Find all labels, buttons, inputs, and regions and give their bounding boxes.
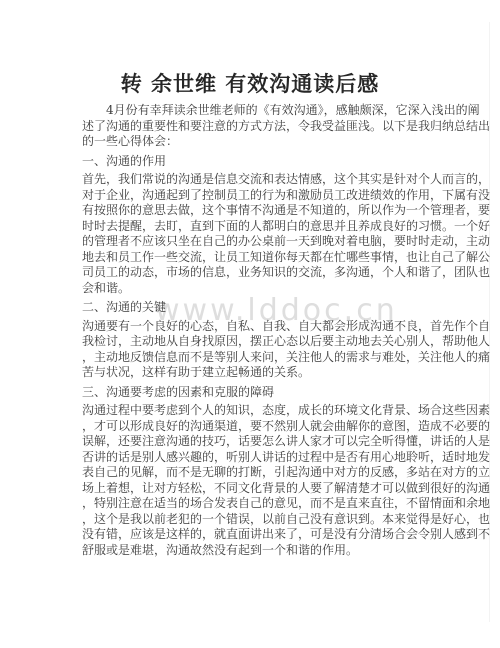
text-line: 误解，还要注意沟通的技巧，话要怎么讲人家才可以完全听得懂，讲话的人是 xyxy=(82,434,420,450)
text-line: 苦与状况，这样有助于建立起畅通的关系。 xyxy=(82,365,420,381)
section-heading: 一、沟通的作用 xyxy=(82,154,420,170)
text-line: ，才可以形成良好的沟通渠道，要不然别人就会曲解你的意图，造成不必要的 xyxy=(82,419,420,435)
text-line: 否讲的话是别人感兴趣的，听别人讲话的过程中是否有用心地聆听，适时地发 xyxy=(82,450,420,466)
page-title: 转 余世维 有效沟通读后感 xyxy=(0,68,500,98)
body-text: 4月份有幸拜读余世维老师的《有效沟通》，感触颇深，它深入浅出的阐述了沟通的重要性… xyxy=(82,103,420,558)
text-line: 的一些心得体会： xyxy=(82,134,420,150)
paragraph: 首先，我们常说的沟通是信息交流和表达情感，这个其实是针对个人而言的，对于企业，沟… xyxy=(82,172,420,296)
text-line: 二、沟通的关键 xyxy=(82,300,420,316)
text-line: 的管理者不应该只坐在自己的办公桌前一天到晚对着电脑，要时时走动，主动 xyxy=(82,234,420,250)
text-line: 一、沟通的作用 xyxy=(82,154,420,170)
paragraph: 沟通过程中要考虑到个人的知识，态度，成长的环境文化背景、场合这些因素，才可以形成… xyxy=(82,403,420,558)
text-line: 我检讨，主动地从自身找原因，摆正心态以后要主动地去关心别人，帮助他人 xyxy=(82,334,420,350)
text-line: 司员工的动态，市场的信息，业务知识的交流，多沟通，个人和谐了，团队也 xyxy=(82,265,420,281)
paragraph: 4月份有幸拜读余世维老师的《有效沟通》，感触颇深，它深入浅出的阐述了沟通的重要性… xyxy=(82,103,420,150)
text-line: 述了沟通的重要性和要注意的方式方法，令我受益匪浅。以下是我归纳总结出 xyxy=(82,119,420,135)
text-line: 有按照你的意思去做，这个事情不沟通是不知道的，所以作为一个管理者，要 xyxy=(82,203,420,219)
text-line: 表自己的见解，而不是无聊的打断，引起沟通中对方的反感，多站在对方的立 xyxy=(82,465,420,481)
text-line: 没有错，应该是这样的，就直面讲出来了，可是没有分清场合会令别人感到不 xyxy=(82,527,420,543)
text-line: 场上着想，让对方轻松，不同文化背景的人要了解清楚才可以做到很好的沟通 xyxy=(82,481,420,497)
text-line: 三、沟通要考虑的因素和克服的障碍 xyxy=(82,385,420,401)
text-line: 沟通要有一个良好的心态，自私、自我、自大都会形成沟通不良，首先作个自 xyxy=(82,319,420,335)
text-line: 沟通过程中要考虑到个人的知识，态度，成长的环境文化背景、场合这些因素 xyxy=(82,403,420,419)
paragraph: 沟通要有一个良好的心态，自私、自我、自大都会形成沟通不良，首先作个自我检讨，主动… xyxy=(82,319,420,381)
text-line: ，这个是我以前老犯的一个错误，以前自己没有意识到。本来觉得是好心，也 xyxy=(82,512,420,528)
document-page: www.lddoc.cn 转 余世维 有效沟通读后感 4月份有幸拜读余世维老师的… xyxy=(0,0,500,648)
text-line: 对于企业，沟通起到了控制员工的行为和激励员工改进绩效的作用，下属有没 xyxy=(82,188,420,204)
text-line: 会和谐。 xyxy=(82,281,420,297)
text-line: 首先，我们常说的沟通是信息交流和表达情感，这个其实是针对个人而言的， xyxy=(82,172,420,188)
text-line: ，特别注意在适当的场合发表自己的意见，而不是直来直往，不留情面和余地 xyxy=(82,496,420,512)
text-line: 舒服或是难堪，沟通故然没有起到一个和谐的作用。 xyxy=(82,543,420,559)
text-line: 地去和员工作一些交流，让员工知道你每天都在忙哪些事情，也让自己了解公 xyxy=(82,250,420,266)
text-line: 时时去提醒，去盯，直到下面的人都明白的意思并且养成良好的习惯。一个好 xyxy=(82,219,420,235)
section-heading: 二、沟通的关键 xyxy=(82,300,420,316)
text-line: 4月份有幸拜读余世维老师的《有效沟通》，感触颇深，它深入浅出的阐 xyxy=(82,103,420,119)
text-line: ，主动地反馈信息而不是等别人来问，关注他人的需求与难处，关注他人的痛 xyxy=(82,350,420,366)
section-heading: 三、沟通要考虑的因素和克服的障碍 xyxy=(82,385,420,401)
